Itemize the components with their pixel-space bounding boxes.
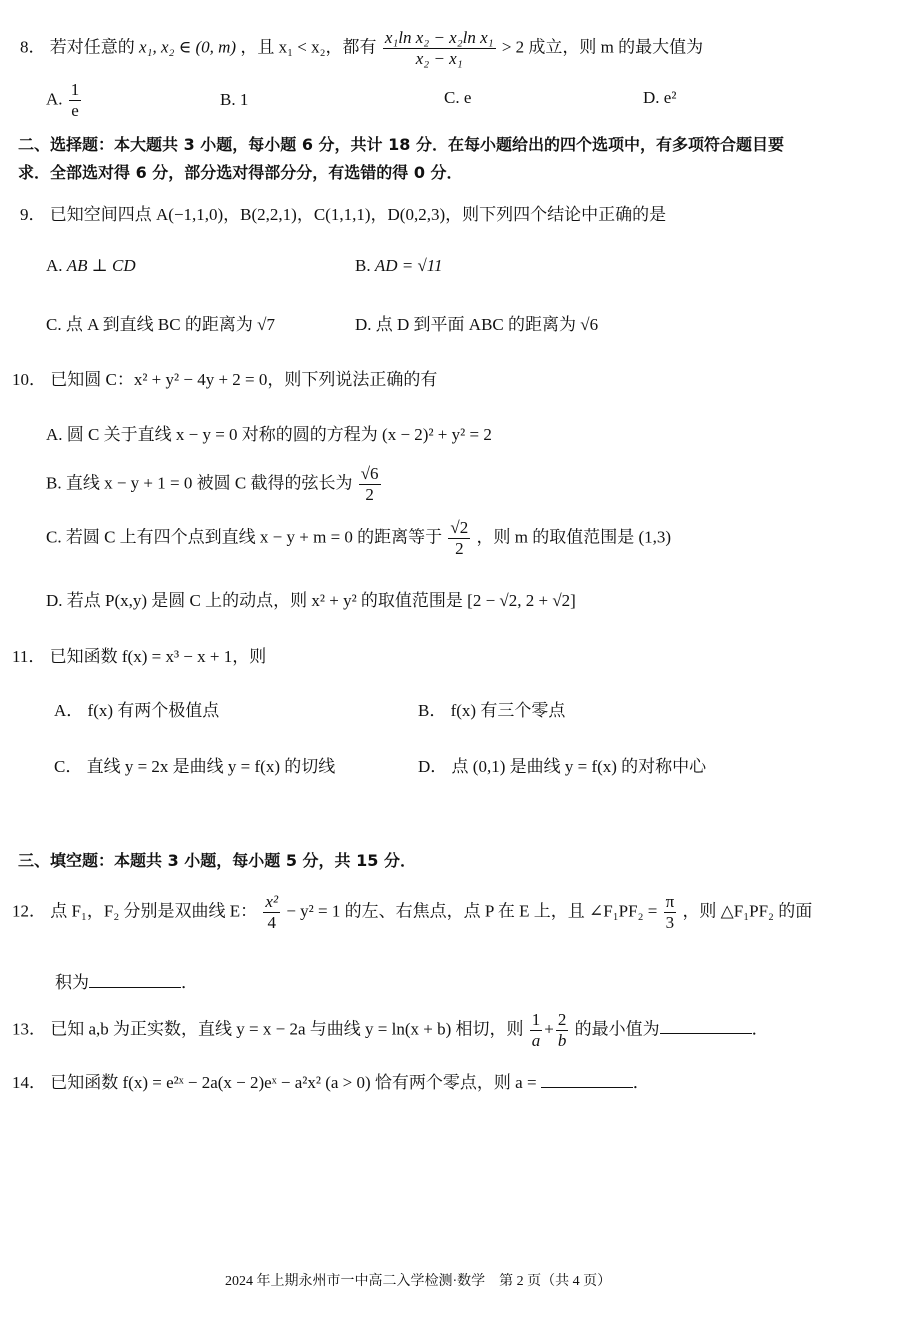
option-label: B.	[355, 256, 371, 275]
q10-option-a: A. 圆 C 关于直线 x − y = 0 对称的圆的方程为 (x − 2)² …	[46, 420, 492, 445]
fraction-numerator: √2	[448, 518, 470, 539]
fraction: x² 4	[263, 892, 280, 933]
option-text: 若点 P(x,y) 是圆 C 上的动点，则 x² + y² 的取值范围是 [2 …	[67, 591, 576, 610]
fraction-denominator: b	[556, 1031, 569, 1051]
option-text: 点 D 到平面 ABC 的距离为 √6	[376, 315, 598, 334]
option-text: 若圆 C 上有四个点到直线 x − y + m = 0 的距离等于	[66, 527, 442, 546]
question-number: 9．	[20, 205, 46, 224]
question-number: 14．	[12, 1073, 46, 1092]
stem-text: ，且 x₁ < x₂，都有	[240, 37, 376, 56]
question-8-stem: 8． 若对任意的 x₁, x₂ ∈ (0, m) ，且 x₁ < x₂，都有 x…	[20, 28, 703, 69]
question-13-stem: 13． 已知 a,b 为正实数，直线 y = x − 2a 与曲线 y = ln…	[12, 1010, 769, 1051]
q8-option-b: B. 1	[220, 90, 248, 110]
fraction-numerator: 1	[69, 80, 82, 101]
fraction-denominator: 4	[263, 913, 280, 933]
fraction: 1 e	[69, 80, 82, 121]
q8-option-c: C. e	[444, 88, 471, 108]
option-label: D.	[46, 591, 63, 610]
q10-option-d: D. 若点 P(x,y) 是圆 C 上的动点，则 x² + y² 的取值范围是 …	[46, 586, 576, 611]
fraction-denominator: a	[530, 1031, 543, 1051]
option-text: f(x) 有两个极值点	[88, 701, 220, 720]
option-text: 圆 C 关于直线 x − y = 0 对称的圆的方程为 (x − 2)² + y…	[67, 425, 492, 444]
option-text: 点 (0,1) 是曲线 y = f(x) 的对称中心	[452, 757, 707, 776]
period: ．	[181, 973, 198, 992]
question-14-stem: 14． 已知函数 f(x) = e²ˣ − 2a(x − 2)eˣ − a²x²…	[12, 1068, 650, 1093]
option-label: C．	[54, 757, 82, 776]
option-label: A.	[46, 89, 63, 108]
stem-text: − y² = 1 的左、右焦点，点 P 在 E 上，且 ∠F₁PF₂ =	[286, 901, 657, 920]
option-label: C.	[444, 88, 460, 107]
option-label: A.	[46, 256, 63, 275]
question-11-stem: 11． 已知函数 f(x) = x³ − x + 1，则	[12, 642, 266, 667]
q10-option-c: C. 若圆 C 上有四个点到直线 x − y + m = 0 的距离等于 √2 …	[46, 518, 671, 559]
period: ．	[633, 1073, 650, 1092]
fraction-denominator: 2	[448, 539, 470, 559]
q11-option-a: A． f(x) 有两个极值点	[54, 696, 219, 721]
q11-option-c: C． 直线 y = 2x 是曲线 y = f(x) 的切线	[54, 752, 335, 777]
stem-text: 已知函数 f(x) = x³ − x + 1，则	[50, 647, 267, 666]
question-number: 11．	[12, 647, 45, 666]
option-text: AD = √11	[375, 256, 443, 275]
answer-blank[interactable]	[89, 971, 181, 988]
q10-option-b: B. 直线 x − y + 1 = 0 被圆 C 截得的弦长为 √6 2	[46, 464, 383, 505]
option-label: C.	[46, 527, 62, 546]
fraction: √6 2	[359, 464, 381, 505]
stem-text: 已知圆 C：x² + y² − 4y + 2 = 0，则下列说法正确的有	[50, 370, 437, 389]
section-2-heading-line1: 二、选择题：本大题共 3 小题，每小题 6 分，共计 18 分．在每小题给出的四…	[18, 132, 784, 155]
q8-option-d: D. e²	[643, 88, 676, 108]
answer-blank[interactable]	[660, 1017, 752, 1034]
fraction-denominator: 2	[359, 485, 381, 505]
fraction-numerator: x₁ln x₂ − x₂ln x₁	[383, 28, 496, 49]
fraction: 1 a	[530, 1010, 543, 1051]
question-9-stem: 9． 已知空间四点 A(−1,1,0)，B(2,2,1)，C(1,1,1)，D(…	[20, 200, 666, 225]
option-text: 直线 x − y + 1 = 0 被圆 C 截得的弦长为	[66, 473, 353, 492]
option-text: 直线 y = 2x 是曲线 y = f(x) 的切线	[87, 757, 336, 776]
period: ．	[752, 1019, 769, 1038]
stem-text: > 2 成立，则 m 的最大值为	[502, 37, 703, 56]
option-text: ，则 m 的取值范围是 (1,3)	[477, 527, 672, 546]
option-label: A.	[46, 425, 63, 444]
stem-text: 已知 a,b 为正实数，直线 y = x − 2a 与曲线 y = ln(x +…	[50, 1019, 523, 1038]
option-label: A．	[54, 701, 83, 720]
option-value: e	[464, 88, 472, 107]
fraction-denominator: x₂ − x₁	[383, 49, 496, 69]
fraction: √2 2	[448, 518, 470, 559]
stem-text: 点 F₁，F₂ 分别是双曲线 E：	[50, 901, 257, 920]
fraction: x₁ln x₂ − x₂ln x₁ x₂ − x₁	[383, 28, 496, 69]
option-value: e²	[664, 88, 677, 107]
question-number: 8．	[20, 37, 46, 56]
question-12-line2: 积为．	[55, 968, 198, 993]
section-2-heading-line2: 求．全部选对得 6 分，部分选对得部分分，有选错的得 0 分．	[18, 160, 463, 183]
question-number: 10．	[12, 370, 46, 389]
fraction: 2 b	[556, 1010, 569, 1051]
q9-option-a: A. AB ⊥ CD	[46, 256, 136, 276]
option-label: B.	[46, 473, 62, 492]
q8-option-a: A. 1 e	[46, 80, 83, 121]
fraction-denominator: 3	[664, 913, 677, 933]
math-vars: x₁, x₂ ∈ (0, m)	[139, 37, 236, 56]
stem-text: 已知函数 f(x) = e²ˣ − 2a(x − 2)eˣ − a²x² (a …	[50, 1073, 536, 1092]
stem-text: 积为	[55, 973, 89, 992]
question-10-stem: 10． 已知圆 C：x² + y² − 4y + 2 = 0，则下列说法正确的有	[12, 365, 437, 390]
question-12-stem: 12． 点 F₁，F₂ 分别是双曲线 E： x² 4 − y² = 1 的左、右…	[12, 892, 812, 933]
fraction: π 3	[664, 892, 677, 933]
fraction-numerator: x²	[263, 892, 280, 913]
option-value: 1	[240, 90, 249, 109]
section-3-heading: 三、填空题：本题共 3 小题，每小题 5 分，共 15 分．	[18, 848, 416, 871]
option-text: AB ⊥ CD	[67, 256, 136, 275]
fraction-numerator: 2	[556, 1010, 569, 1031]
fraction-numerator: π	[664, 892, 677, 913]
fraction-denominator: e	[69, 101, 82, 121]
q11-option-b: B． f(x) 有三个零点	[418, 696, 565, 721]
option-label: D．	[418, 757, 447, 776]
plus-sign: +	[544, 1019, 554, 1038]
question-number: 13．	[12, 1019, 46, 1038]
option-label: D.	[643, 88, 660, 107]
option-label: D.	[355, 315, 372, 334]
question-number: 12．	[12, 901, 46, 920]
page-footer: 2024 年上期永州市一中高二入学检测·数学 第 2 页（共 4 页）	[225, 1270, 611, 1290]
option-label: B．	[418, 701, 446, 720]
stem-text: 已知空间四点 A(−1,1,0)，B(2,2,1)，C(1,1,1)，D(0,2…	[50, 205, 666, 224]
option-label: C.	[46, 315, 62, 334]
fraction-numerator: √6	[359, 464, 381, 485]
stem-text: ，则 △F₁PF₂ 的面	[682, 901, 812, 920]
option-label: B.	[220, 90, 236, 109]
q9-option-c: C. 点 A 到直线 BC 的距离为 √7	[46, 310, 275, 335]
q9-option-d: D. 点 D 到平面 ABC 的距离为 √6	[355, 310, 598, 335]
stem-text: 的最小值为	[575, 1019, 660, 1038]
option-text: 点 A 到直线 BC 的距离为 √7	[66, 315, 275, 334]
q11-option-d: D． 点 (0,1) 是曲线 y = f(x) 的对称中心	[418, 752, 706, 777]
option-text: f(x) 有三个零点	[451, 701, 566, 720]
answer-blank[interactable]	[541, 1071, 633, 1088]
q9-option-b: B. AD = √11	[355, 256, 443, 276]
fraction-numerator: 1	[530, 1010, 543, 1031]
stem-text: 若对任意的	[50, 37, 135, 56]
